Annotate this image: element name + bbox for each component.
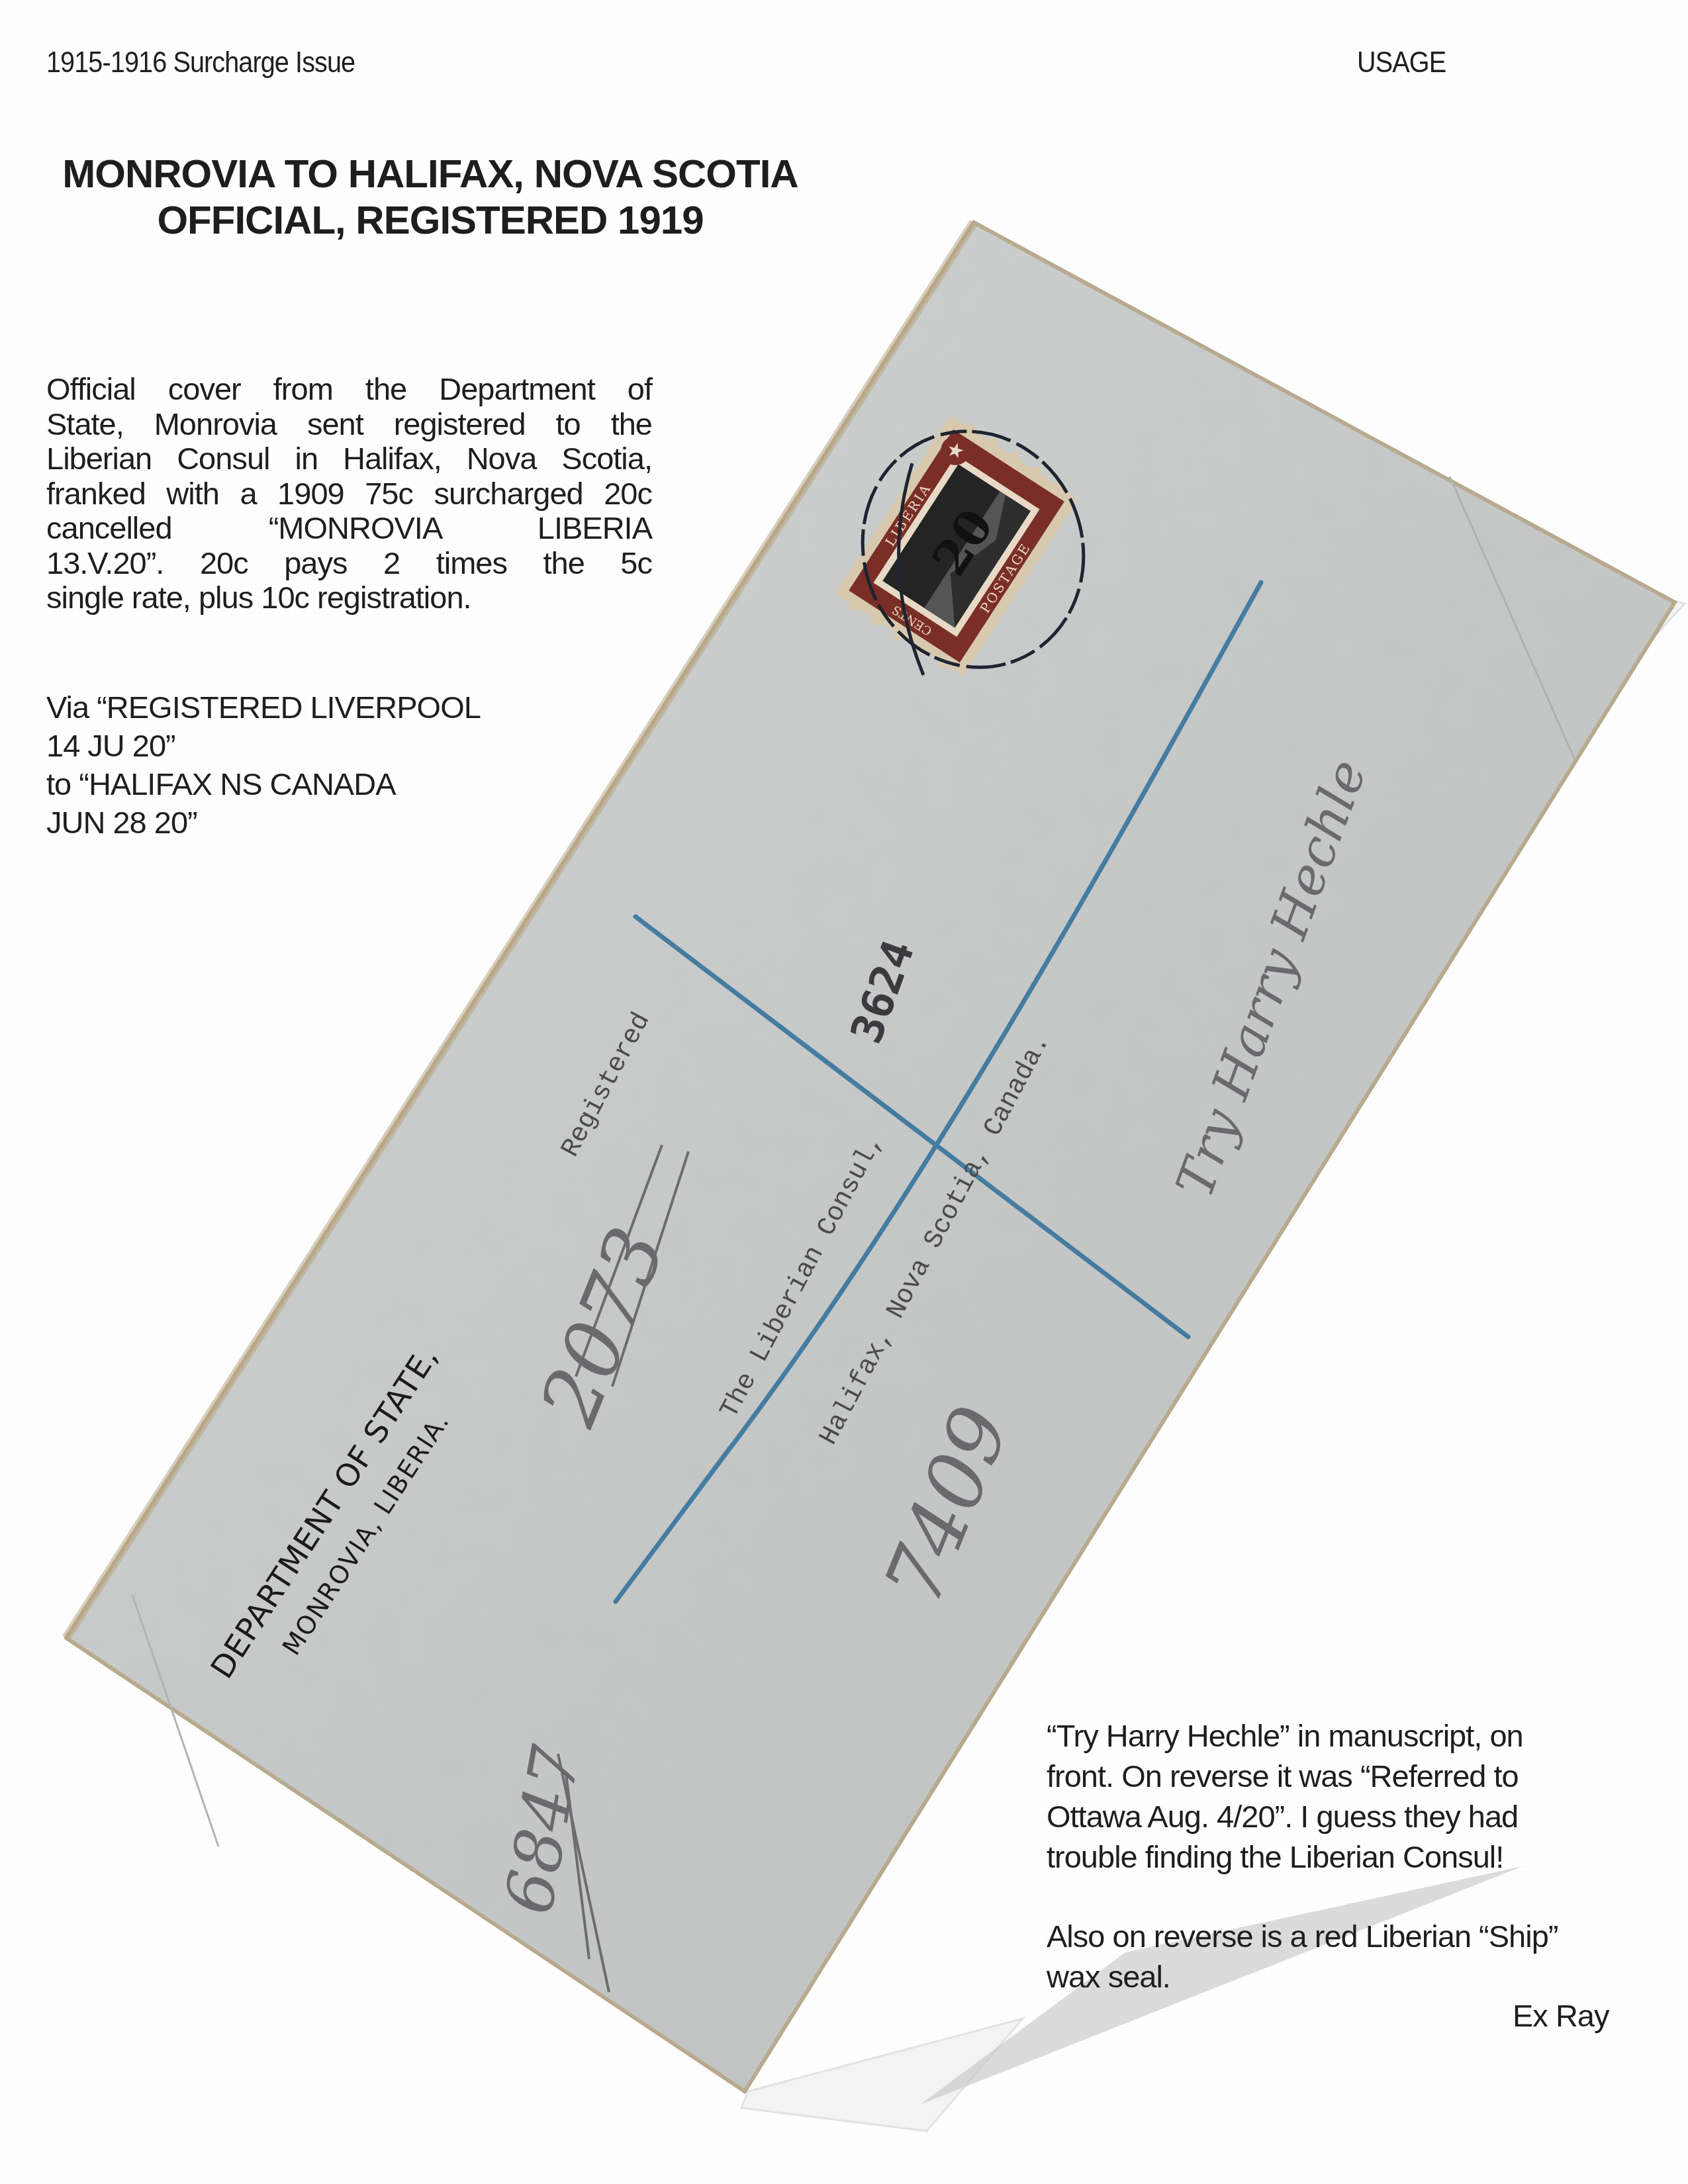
notes-line: trouble finding the Liberian Consul!	[1047, 1837, 1523, 1877]
seal-line: Also on reverse is a red Liberian “Ship”	[1047, 1916, 1558, 1956]
notes-line: “Try Harry Hechle” in manuscript, on	[1047, 1715, 1523, 1756]
manuscript-notes: “Try Harry Hechle” in manuscript, on fro…	[1047, 1715, 1523, 1877]
notes-line: front. On reverse it was “Referred to	[1047, 1756, 1523, 1796]
notes-line: Ottawa Aug. 4/20”. I guess they had	[1047, 1796, 1523, 1837]
provenance-note: Ex Ray	[1513, 1997, 1609, 2034]
wax-seal-note: Also on reverse is a red Liberian “Ship”…	[1047, 1916, 1558, 1997]
seal-line: wax seal.	[1047, 1956, 1558, 1997]
